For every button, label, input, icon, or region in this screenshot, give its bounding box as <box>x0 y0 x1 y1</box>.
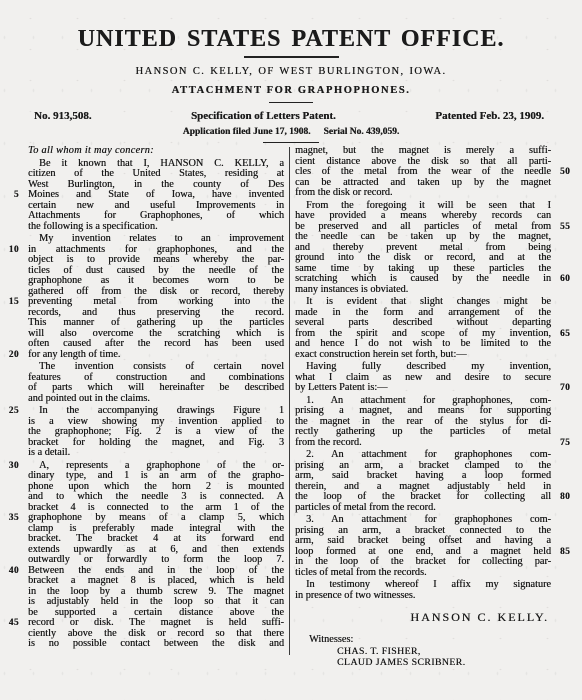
margin-line-number: 35 <box>9 513 19 524</box>
margin-line-number: 45 <box>9 618 19 629</box>
margin-line-number: 10 <box>9 245 19 256</box>
patent-header: UNITED STATES PATENT OFFICE. HANSON C. K… <box>0 0 582 143</box>
title-rule <box>244 56 339 58</box>
text-line: is a detail. <box>28 448 284 459</box>
margin-line-number: 80 <box>560 492 570 503</box>
margin-line-number: 85 <box>560 547 570 558</box>
patent-number: No. 913,508. <box>34 110 91 122</box>
margin-line-number: 15 <box>9 297 19 308</box>
application-rule <box>263 142 319 143</box>
patented-date: Patented Feb. 23, 1909. <box>435 110 544 122</box>
right-column: magnet, but the magnet is merely a suffi… <box>295 146 551 669</box>
text-line: CHAS. T. FISHER, <box>295 647 551 658</box>
patent-body: To all whom it may concern:Be it known t… <box>0 146 582 669</box>
margin-line-number: 25 <box>9 406 19 417</box>
serial-number: Serial No. 439,059. <box>324 127 400 137</box>
text-line: exact construction herein set forth, but… <box>295 350 551 361</box>
application-date: Application filed June 17, 1908. <box>183 127 311 137</box>
text-line: CLAUD JAMES SCRIBNER. <box>295 658 551 669</box>
margin-line-number: 60 <box>560 274 570 285</box>
margin-line-number: 30 <box>9 461 19 472</box>
margin-line-number: 55 <box>560 222 570 233</box>
margin-line-number: 5 <box>14 190 19 201</box>
patent-page: UNITED STATES PATENT OFFICE. HANSON C. K… <box>0 0 582 700</box>
margin-line-number: 65 <box>560 329 570 340</box>
text-line: from the record.75 <box>295 438 551 449</box>
text-line: HANSON C. KELLY. <box>295 610 551 624</box>
margin-line-number: 50 <box>560 167 570 178</box>
text-line: by Letters Patent is:—70 <box>295 383 551 394</box>
text-line: for any length of time.20 <box>28 350 284 361</box>
text-line: from the disk or record. <box>295 188 551 199</box>
application-row: Application filed June 17, 1908. Serial … <box>0 127 582 137</box>
margin-line-number: 75 <box>560 438 570 449</box>
inventor-line: HANSON C. KELLY, OF WEST BURLINGTON, IOW… <box>0 66 582 77</box>
margin-line-number: 40 <box>9 566 19 577</box>
text-line: many instances is obviated. <box>295 285 551 296</box>
margin-line-number: 70 <box>560 383 570 394</box>
text-line: in presence of two witnesses. <box>295 591 551 602</box>
text-line: is no possible contact between the disk … <box>28 639 284 650</box>
left-column: To all whom it may concern:Be it known t… <box>28 146 284 669</box>
section-rule <box>269 102 313 103</box>
patent-meta-row: No. 913,508. Specification of Letters Pa… <box>0 110 582 122</box>
margin-line-number: 20 <box>9 350 19 361</box>
column-divider <box>289 147 290 655</box>
text-line: To all whom it may concern: <box>28 146 284 157</box>
invention-title: ATTACHMENT FOR GRAPHOPHONES. <box>0 85 582 96</box>
text-line: the following is a specification. <box>28 222 284 233</box>
page-title: UNITED STATES PATENT OFFICE. <box>0 26 582 52</box>
text-line: Witnesses: <box>295 635 551 646</box>
text-line: ticles of metal from the records. <box>295 568 551 579</box>
text-line: particles of metal from the record. <box>295 503 551 514</box>
specification-label: Specification of Letters Patent. <box>191 110 336 122</box>
text-line: and pointed out in the claims. <box>28 394 284 405</box>
